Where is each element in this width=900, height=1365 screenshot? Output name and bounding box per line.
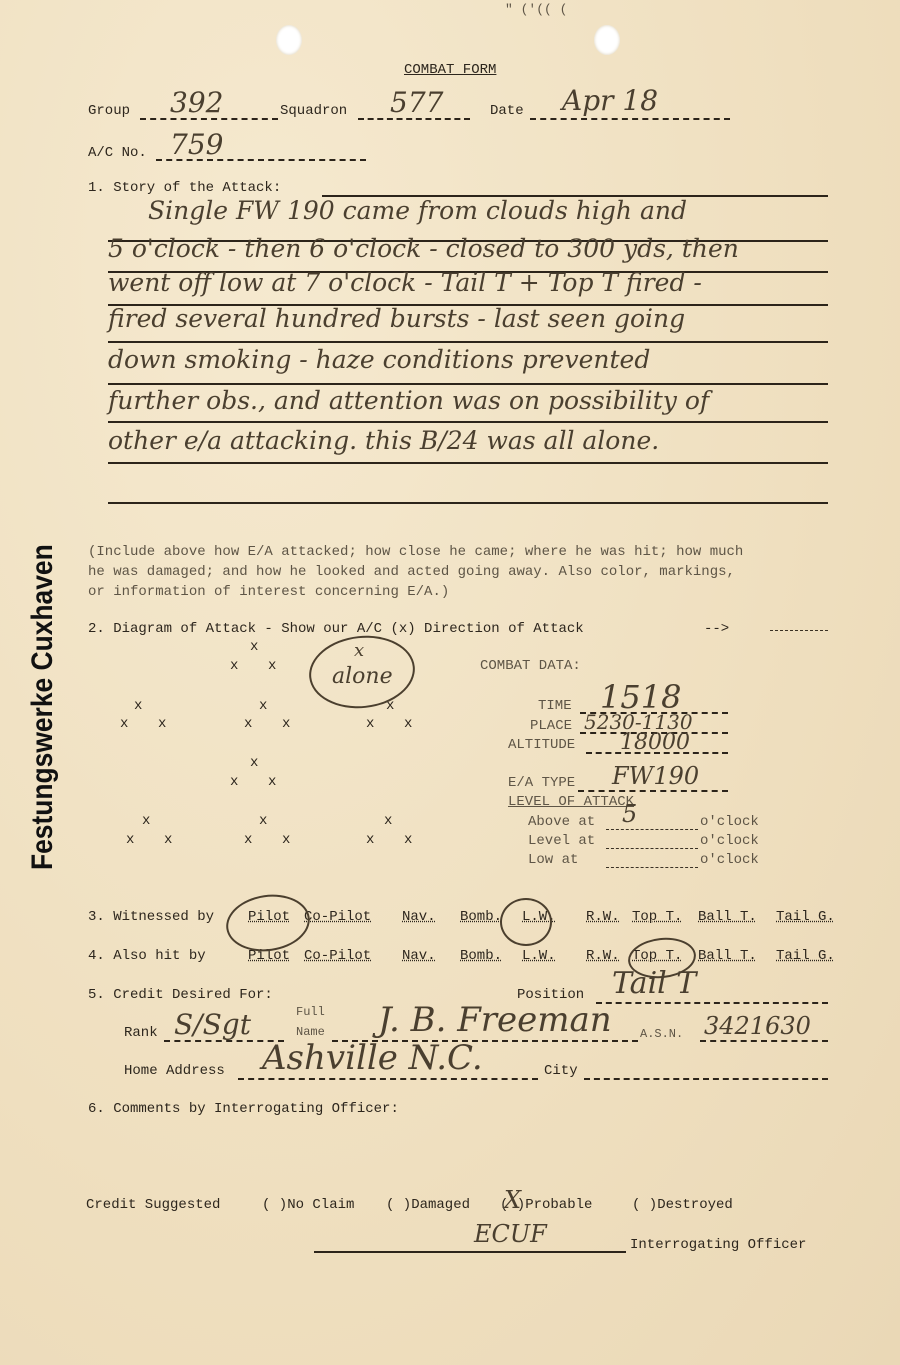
date-label: Date	[490, 103, 524, 119]
story-instruction-1: he was damaged; and how he looked and ac…	[88, 564, 735, 580]
formation-aircraft-mark: x	[366, 832, 374, 848]
circle-witnessed-lw	[500, 898, 552, 946]
home-address-value[interactable]: Ashville N.C.	[262, 1038, 483, 1078]
story-label: 1. Story of the Attack:	[88, 180, 281, 196]
witnessed-option[interactable]: Top T.	[632, 909, 682, 925]
also-hit-option[interactable]: Bomb.	[460, 948, 502, 964]
time-label: TIME	[538, 698, 572, 714]
signature-line	[314, 1251, 626, 1253]
low-oclock: o'clock	[700, 852, 759, 868]
squadron-label: Squadron	[280, 103, 347, 119]
witnessed-option[interactable]: Co-Pilot	[304, 909, 371, 925]
credit-selected-mark: X	[504, 1186, 521, 1214]
story-line: down smoking - haze conditions prevented	[108, 345, 650, 374]
combat-data-title: COMBAT DATA:	[480, 658, 581, 674]
formation-aircraft-mark: x	[268, 774, 276, 790]
ac-number-value[interactable]: 759	[170, 128, 223, 161]
witnessed-option[interactable]: Nav.	[402, 909, 436, 925]
level-field-line	[606, 848, 698, 849]
formation-aircraft-mark: x	[244, 716, 252, 732]
ac-number-label: A/C No.	[88, 145, 147, 161]
formation-aircraft-mark: x	[230, 774, 238, 790]
credit-option-no-claim[interactable]: ( )No Claim	[262, 1197, 354, 1213]
formation-aircraft-mark: x	[282, 832, 290, 848]
punch-hole-left	[276, 25, 302, 55]
story-rule-line	[108, 341, 828, 343]
ea-type-label: E/A TYPE	[508, 775, 575, 791]
home-address-label: Home Address	[124, 1063, 225, 1079]
level-oclock: o'clock	[700, 833, 759, 849]
ea-type-field-line	[578, 790, 728, 792]
formation-aircraft-mark: x	[404, 716, 412, 732]
alone-mark: x	[354, 640, 364, 661]
ea-type-value[interactable]: FW190	[612, 762, 699, 790]
rank-value[interactable]: S/Sgt	[174, 1008, 251, 1041]
officer-initials[interactable]: ECUF	[474, 1220, 547, 1248]
credit-suggested-label: Credit Suggested	[86, 1197, 220, 1213]
above-label: Above at	[528, 814, 595, 830]
city-label: City	[544, 1063, 578, 1079]
story-line: Single FW 190 came from clouds high and	[148, 196, 687, 225]
witnessed-option[interactable]: Bomb.	[460, 909, 502, 925]
also-hit-option[interactable]: R.W.	[586, 948, 620, 964]
city-field-line	[584, 1078, 828, 1080]
top-marks: " ('(( (	[505, 2, 567, 17]
rank-label: Rank	[124, 1025, 158, 1041]
formation-aircraft-mark: x	[134, 698, 142, 714]
also-hit-option[interactable]: Nav.	[402, 948, 436, 964]
alone-annotation: alone	[332, 664, 393, 689]
story-rule-line	[108, 462, 828, 464]
formation-aircraft-mark: x	[384, 813, 392, 829]
squadron-value[interactable]: 577	[390, 86, 443, 119]
asn-field-line	[700, 1040, 828, 1042]
formation-aircraft-mark: x	[126, 832, 134, 848]
story-line: fired several hundred bursts - last seen…	[108, 304, 685, 333]
story-rule-line	[108, 383, 828, 385]
full-name-label-2: Name	[296, 1025, 325, 1039]
story-line: went off low at 7 o'clock - Tail T + Top…	[108, 268, 702, 297]
formation-aircraft-mark: x	[120, 716, 128, 732]
formation-aircraft-mark: x	[259, 813, 267, 829]
low-field-line	[606, 867, 698, 868]
formation-aircraft-mark: x	[244, 832, 252, 848]
direction-arrow-icon: -->	[704, 621, 729, 637]
story-rule-line	[108, 502, 828, 504]
position-field-line	[596, 1002, 828, 1004]
comments-label: 6. Comments by Interrogating Officer:	[88, 1101, 399, 1117]
also-hit-option[interactable]: Tail G.	[776, 948, 835, 964]
altitude-label: ALTITUDE	[508, 737, 575, 753]
story-rule-line	[108, 421, 828, 423]
witnessed-option[interactable]: Tail G.	[776, 909, 835, 925]
place-label: PLACE	[530, 718, 572, 734]
home-address-field-line	[238, 1078, 538, 1080]
credit-option-destroyed[interactable]: ( )Destroyed	[632, 1197, 733, 1213]
story-instruction-2: or information of interest concerning E/…	[88, 584, 449, 600]
group-value[interactable]: 392	[170, 86, 223, 119]
formation-aircraft-mark: x	[268, 658, 276, 674]
story-line: 5 o'clock - then 6 o'clock - closed to 3…	[108, 234, 739, 263]
formation-aircraft-mark: x	[158, 716, 166, 732]
also-hit-option[interactable]: Ball T.	[698, 948, 757, 964]
above-value[interactable]: 5	[622, 800, 637, 828]
above-field-line	[606, 829, 698, 830]
interrogating-officer-label: Interrogating Officer	[630, 1237, 806, 1253]
altitude-value[interactable]: 18000	[620, 730, 690, 755]
asn-value[interactable]: 3421630	[704, 1012, 811, 1040]
also-hit-label: 4. Also hit by	[88, 948, 206, 964]
formation-aircraft-mark: x	[259, 698, 267, 714]
level-label: Level at	[528, 833, 595, 849]
position-value[interactable]: Tail T	[612, 966, 696, 1001]
witnessed-label: 3. Witnessed by	[88, 909, 214, 925]
formation-aircraft-mark: x	[282, 716, 290, 732]
credit-desired-label: 5. Credit Desired For:	[88, 987, 273, 1003]
formation-aircraft-mark: x	[164, 832, 172, 848]
story-line: further obs., and attention was on possi…	[108, 386, 709, 415]
full-name-label-1: Full	[296, 1005, 325, 1019]
form-title: COMBAT FORM	[404, 62, 496, 78]
formation-aircraft-mark: x	[250, 755, 258, 771]
formation-aircraft-mark: x	[366, 716, 374, 732]
above-oclock: o'clock	[700, 814, 759, 830]
story-instruction-0: (Include above how E/A attacked; how clo…	[88, 544, 743, 560]
level-of-attack-title: LEVEL OF ATTACK	[508, 794, 634, 810]
formation-aircraft-mark: x	[404, 832, 412, 848]
group-label: Group	[88, 103, 130, 119]
witnessed-option[interactable]: Ball T.	[698, 909, 757, 925]
witnessed-option[interactable]: R.W.	[586, 909, 620, 925]
watermark: Festungswerke Cuxhaven	[26, 544, 60, 870]
also-hit-option[interactable]: Co-Pilot	[304, 948, 371, 964]
circle-witnessed-pilot	[223, 889, 314, 956]
low-label: Low at	[528, 852, 578, 868]
asn-label: A.S.N.	[640, 1027, 683, 1041]
date-value[interactable]: Apr 18	[562, 84, 658, 117]
date-field-line	[530, 118, 730, 120]
punch-hole-right	[594, 25, 620, 55]
diagram-label: 2. Diagram of Attack - Show our A/C (x) …	[88, 621, 584, 637]
also-hit-option[interactable]: L.W.	[522, 948, 556, 964]
formation-aircraft-mark: x	[250, 639, 258, 655]
story-line: other e/a attacking. this B/24 was all a…	[108, 426, 659, 455]
full-name-value[interactable]: J. B. Freeman	[378, 1000, 612, 1040]
direction-arrow-tail	[770, 630, 828, 631]
formation-aircraft-mark: x	[230, 658, 238, 674]
credit-option-damaged[interactable]: ( )Damaged	[386, 1197, 470, 1213]
formation-aircraft-mark: x	[142, 813, 150, 829]
